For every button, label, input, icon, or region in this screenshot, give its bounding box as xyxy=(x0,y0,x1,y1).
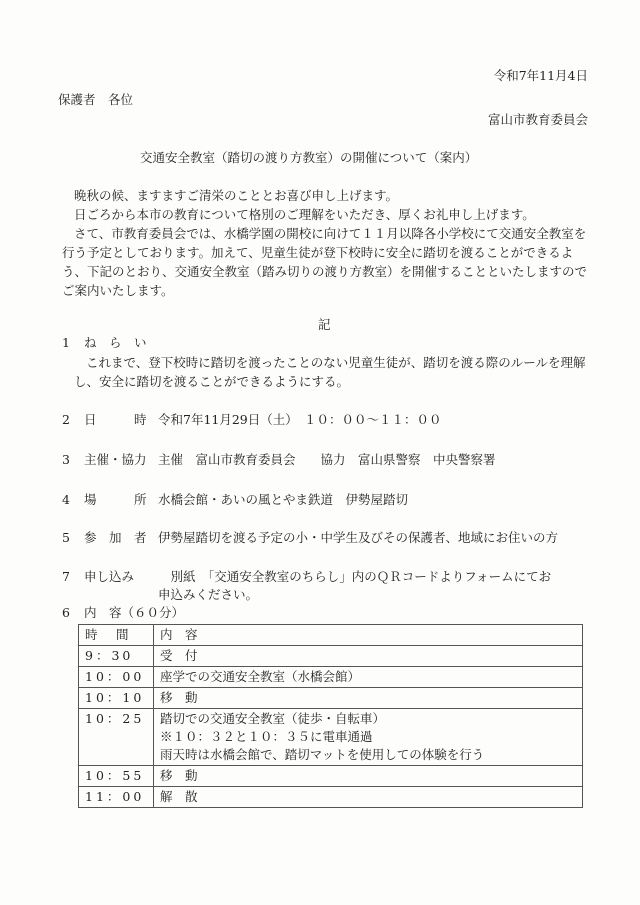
item-label: 場 所 xyxy=(84,492,147,508)
table-header-row: 時 間 内 容 xyxy=(79,625,583,646)
item-number: 1 xyxy=(62,335,70,351)
cell-content: 踏切での交通安全教室（徒歩・自転車） ※１０：３２と１０：３５に電車通過 雨天時… xyxy=(154,709,583,766)
addressee: 保護者 各位 xyxy=(58,92,133,108)
cell-time: 11：00 xyxy=(79,787,154,808)
item-number: 3 xyxy=(62,452,70,468)
cell-time: 9：30 xyxy=(79,646,154,667)
cell-content: 移 動 xyxy=(154,688,583,709)
main-paragraph: さて、市教育委員会では、水橋学園の開校に向けて１１月以降各小学校にて交通安全教室… xyxy=(62,224,592,300)
cell-content: 座学での交通安全教室（水橋会館） xyxy=(154,667,583,688)
document-date: 令和7年11月4日 xyxy=(494,68,588,84)
item-label: 主催・協力 xyxy=(84,452,147,468)
cell-time: 10：00 xyxy=(79,667,154,688)
purpose-detail: これまで、登下校時に踏切を渡ったことのない児童生徒が、踏切を渡る際のルールを理解… xyxy=(74,353,590,391)
item-label: ね ら い xyxy=(84,335,147,351)
item-value: 別紙 「交通安全教室のちらし」内のＱＲコードよりフォームにてお xyxy=(158,569,551,585)
cell-time: 10：10 xyxy=(79,688,154,709)
item-number: 4 xyxy=(62,492,70,508)
table-row: 9：30 受 付 xyxy=(79,646,583,667)
item-number: 6 xyxy=(62,605,70,621)
item-value: 主催 富山市教育委員会 協力 富山県警察 中央警察署 xyxy=(158,452,496,468)
item-value: 水橋会館・あいの風とやま鉄道 伊勢屋踏切 xyxy=(158,492,408,508)
item-value: 伊勢屋踏切を渡る予定の小・中学生及びその保護者、地域にお住いの方 xyxy=(158,530,558,546)
greeting: 晩秋の候、ますますご清栄のこととお喜び申し上げます。 xyxy=(62,186,592,205)
header-time: 時 間 xyxy=(79,625,154,646)
item-number: 5 xyxy=(62,530,70,546)
item-number: 2 xyxy=(62,412,70,428)
document-title: 交通安全教室（踏切の渡り方教室）の開催について（案内） xyxy=(140,150,477,166)
content-line: 踏切での交通安全教室（徒歩・自転車） xyxy=(160,710,576,728)
schedule-table: 時 間 内 容 9：30 受 付 10：00 座学での交通安全教室（水橋会館） … xyxy=(78,624,583,808)
table-row: 10：25 踏切での交通安全教室（徒歩・自転車） ※１０：３２と１０：３５に電車… xyxy=(79,709,583,766)
cell-content: 受 付 xyxy=(154,646,583,667)
item-label: 内 容（６０分） xyxy=(84,605,184,621)
cell-time: 10：55 xyxy=(79,766,154,787)
header-content: 内 容 xyxy=(154,625,583,646)
item-value: 申込みください。 xyxy=(158,587,258,603)
table-row: 11：00 解 散 xyxy=(79,787,583,808)
cell-time: 10：25 xyxy=(79,709,154,766)
item-label: 参 加 者 xyxy=(84,530,147,546)
sender: 富山市教育委員会 xyxy=(488,112,588,128)
content-line: 雨天時は水橋会館で、踏切マットを使用しての体験を行う xyxy=(160,746,576,764)
item-value: 令和7年11月29日（土） １０：００～１１：００ xyxy=(158,412,442,428)
item-number: 7 xyxy=(62,569,70,585)
ki-heading: 記 xyxy=(318,317,331,333)
item-label: 申し込み xyxy=(84,569,134,585)
cell-content: 移 動 xyxy=(154,766,583,787)
table-row: 10：55 移 動 xyxy=(79,766,583,787)
content-line: ※１０：３２と１０：３５に電車通過 xyxy=(160,728,576,746)
table-row: 10：00 座学での交通安全教室（水橋会館） xyxy=(79,667,583,688)
item-label: 日 時 xyxy=(84,412,147,428)
cell-content: 解 散 xyxy=(154,787,583,808)
thanks: 日ごろから本市の教育について格別のご理解をいただき、厚くお礼申し上げます。 xyxy=(62,205,592,224)
table-row: 10：10 移 動 xyxy=(79,688,583,709)
